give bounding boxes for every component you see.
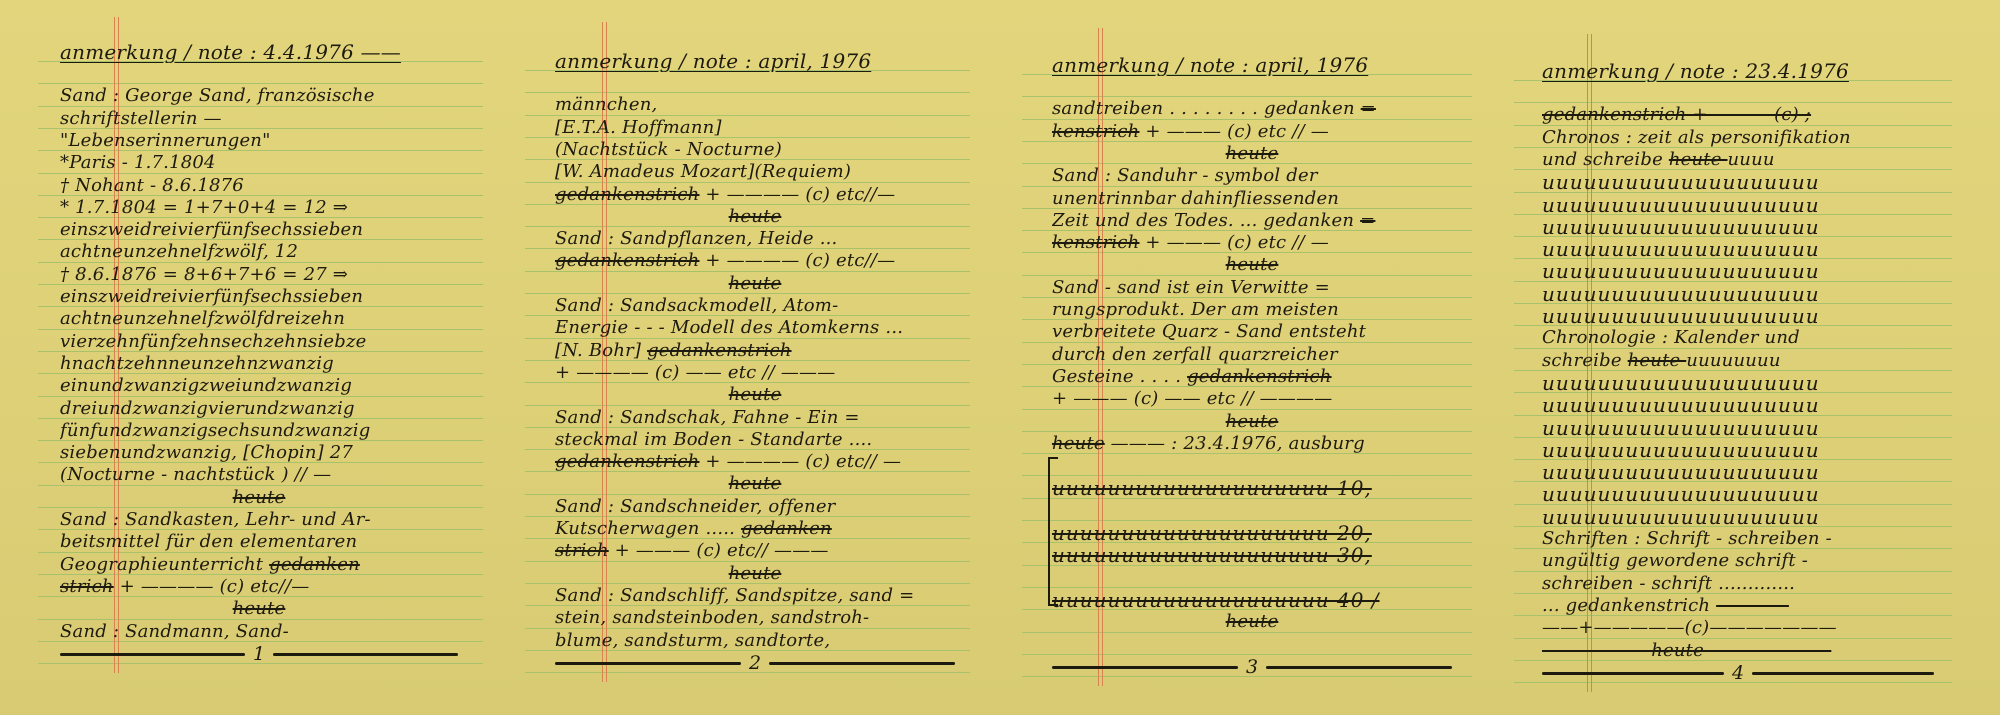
handwritten-line: hnachtzehnneunzehnzwanzig	[60, 353, 458, 375]
handwritten-line: sandtreiben . . . . . . . . gedanken =	[1052, 98, 1452, 120]
handwritten-line	[1052, 76, 1452, 98]
handwritten-line: verbreitete Quarz - Sand entsteht	[1052, 321, 1452, 343]
handwritten-line	[1052, 500, 1452, 522]
handwritten-line: Gesteine . . . . gedankenstrich	[1052, 366, 1452, 388]
handwritten-line: männchen,	[555, 94, 955, 116]
handwritten-line: uuuuuuuuuuuuuuuuuuuu 10,	[1052, 477, 1452, 499]
handwritten-line: Kutscherwagen ..... gedanken	[555, 518, 955, 540]
handwritten-line: uuuuuuuuuuuuuuuuuuuu 30,	[1052, 544, 1452, 566]
handwritten-line: unentrinnbar dahinfliessenden	[1052, 188, 1452, 210]
handwritten-line	[555, 72, 955, 94]
handwritten-line: Sand : Sandschak, Fahne - Ein =	[555, 407, 955, 429]
handwritten-line	[1542, 82, 1934, 104]
page-number: 4	[1542, 662, 1934, 684]
handwritten-line: + ——— (c) —— etc // ————	[1052, 388, 1452, 410]
handwritten-line: heute	[1052, 143, 1452, 165]
page-number: 3	[1052, 656, 1452, 678]
handwritten-line: [E.T.A. Hoffmann]	[555, 117, 955, 139]
handwritten-line: Zeit und des Todes. ... gedanken =	[1052, 210, 1452, 232]
handwritten-line: Geographieunterricht gedanken	[60, 554, 458, 576]
handwritten-line: uuuuuuuuuuuuuuuuuuuu 40 /	[1052, 589, 1452, 611]
handwritten-line: kenstrich + ——— (c) etc // —	[1052, 121, 1452, 143]
notebook-page-4: anmerkung / note : 23.4.1976gedankenstri…	[1514, 0, 1952, 715]
handwritten-line: Chronos : zeit als personifikation	[1542, 127, 1934, 149]
handwritten-line: dreiundzwanzigvierundzwanzig	[60, 398, 458, 420]
handwritten-line: uuuuuuuuuuuuuuuuuuuu	[1542, 194, 1934, 216]
handwritten-line: heute	[1052, 254, 1452, 276]
handwritten-line: vierzehnfünfzehnsechzehnsiebze	[60, 331, 458, 353]
handwritten-line: uuuuuuuuuuuuuuuuuuuu	[1542, 305, 1934, 327]
handwritten-line: einundzwanzigzweiundzwanzig	[60, 375, 458, 397]
handwritten-line: Sand : Sandmann, Sand-	[60, 621, 458, 643]
handwritten-line: uuuuuuuuuuuuuuuuuuuu	[1542, 216, 1934, 238]
handwritten-line: einszweidreivierfünfsechssieben	[60, 219, 458, 241]
handwritten-line: uuuuuuuuuuuuuuuuuuuu	[1542, 394, 1934, 416]
handwritten-line: Sand : Sandkasten, Lehr- und Ar-	[60, 509, 458, 531]
handwritten-line	[1052, 567, 1452, 589]
handwritten-line: Energie - - - Modell des Atomkerns ...	[555, 317, 955, 339]
handwritten-line: uuuuuuuuuuuuuuuuuuuu	[1542, 238, 1934, 260]
tally-bracket	[1048, 457, 1058, 606]
handwritten-line	[1052, 455, 1452, 477]
handwritten-line: achtneunzehnelfzwölf, 12	[60, 241, 458, 263]
handwritten-line: gedankenstrich + ———— (c) etc// —	[555, 451, 955, 473]
page-number: 2	[555, 652, 955, 674]
handwritten-line: † 8.6.1876 = 8+6+7+6 = 27 ⇒	[60, 264, 458, 286]
handwritten-line: Sand : Sandsackmodell, Atom-	[555, 295, 955, 317]
rule-line	[1022, 654, 1472, 655]
handwritten-line: uuuuuuuuuuuuuuuuuuuu	[1542, 372, 1934, 394]
handwritten-line: schreiben - schrift .............	[1542, 573, 1934, 595]
handwritten-line: Chronologie : Kalender und	[1542, 327, 1934, 349]
handwritten-line: * 1.7.1804 = 1+7+0+4 = 12 ⇒	[60, 197, 458, 219]
handwritten-line: uuuuuuuuuuuuuuuuuuuu	[1542, 417, 1934, 439]
handwritten-line: *Paris - 1.7.1804	[60, 152, 458, 174]
artwork-canvas: anmerkung / note : 4.4.1976 ——Sand : Geo…	[0, 0, 2000, 715]
handwritten-line: Sand : Sandpflanzen, Heide ...	[555, 228, 955, 250]
handwritten-line: heute	[555, 473, 955, 495]
handwritten-line: heute	[1052, 611, 1452, 633]
handwritten-line: einszweidreivierfünfsechssieben	[60, 286, 458, 308]
handwritten-line: siebenundzwanzig, [Chopin] 27	[60, 442, 458, 464]
handwritten-line: ——————heute———————	[1542, 640, 1934, 662]
handwritten-line: steckmal im Boden - Standarte ....	[555, 429, 955, 451]
handwritten-line: uuuuuuuuuuuuuuuuuuuu	[1542, 506, 1934, 528]
handwritten-line: heute	[60, 598, 458, 620]
handwritten-line: schreibe heute uuuuuuuu	[1542, 350, 1934, 372]
handwritten-line: [W. Amadeus Mozart](Requiem)	[555, 161, 955, 183]
handwritten-line: blume, sandsturm, sandtorte,	[555, 630, 955, 652]
handwritten-line: ——+—————(c)———————	[1542, 617, 1934, 639]
handwritten-line: heute	[555, 563, 955, 585]
handwritten-line: uuuuuuuuuuuuuuuuuuuu 20,	[1052, 522, 1452, 544]
handwritten-line: Schriften : Schrift - schreiben -	[1542, 528, 1934, 550]
handwritten-line: heute	[555, 273, 955, 295]
page-heading: anmerkung / note : april, 1976	[555, 50, 955, 72]
handwritten-line: (Nachtstück - Nocturne)	[555, 139, 955, 161]
handwritten-line: gedankenstrich + ———— (c) etc//—	[555, 250, 955, 272]
page-number: 1	[60, 643, 458, 665]
handwritten-line: + ———— (c) —— etc // ———	[555, 362, 955, 384]
handwritten-line: stein, sandsteinboden, sandstroh-	[555, 607, 955, 629]
handwritten-line: uuuuuuuuuuuuuuuuuuuu	[1542, 283, 1934, 305]
handwritten-line: heute	[555, 206, 955, 228]
handwritten-line: kenstrich + ——— (c) etc // —	[1052, 232, 1452, 254]
page-heading: anmerkung / note : 23.4.1976	[1542, 60, 1934, 82]
handwritten-line: † Nohant - 8.6.1876	[60, 175, 458, 197]
handwritten-line: uuuuuuuuuuuuuuuuuuuu	[1542, 461, 1934, 483]
handwritten-line: Sand : Sanduhr - symbol der	[1052, 165, 1452, 187]
handwritten-line: strich + ———— (c) etc//—	[60, 576, 458, 598]
handwritten-line: heute ——— : 23.4.1976, ausburg	[1052, 433, 1452, 455]
handwritten-line: strich + ——— (c) etc// ———	[555, 540, 955, 562]
notebook-page-2: anmerkung / note : april, 1976männchen,[…	[525, 0, 970, 715]
handwritten-line: rungsprodukt. Der am meisten	[1052, 299, 1452, 321]
handwritten-line: uuuuuuuuuuuuuuuuuuuu	[1542, 483, 1934, 505]
notebook-page-1: anmerkung / note : 4.4.1976 ——Sand : Geo…	[38, 0, 483, 715]
handwritten-line: beitsmittel für den elementaren	[60, 531, 458, 553]
handwritten-line: Sand : Sandschneider, offener	[555, 496, 955, 518]
handwritten-line: uuuuuuuuuuuuuuuuuuuu	[1542, 260, 1934, 282]
handwritten-line: heute	[555, 384, 955, 406]
handwritten-line: uuuuuuuuuuuuuuuuuuuu	[1542, 439, 1934, 461]
handwritten-line	[60, 63, 458, 85]
handwritten-line: ungültig gewordene schrift -	[1542, 550, 1934, 572]
page-heading: anmerkung / note : april, 1976	[1052, 54, 1452, 76]
handwritten-line: "Lebenserinnerungen"	[60, 130, 458, 152]
handwritten-line: heute	[1052, 411, 1452, 433]
notebook-page-3: anmerkung / note : april, 1976sandtreibe…	[1022, 0, 1472, 715]
handwritten-line: Sand - sand ist ein Verwitte =	[1052, 277, 1452, 299]
handwritten-line: und schreibe heute uuuu	[1542, 149, 1934, 171]
handwritten-line: durch den zerfall quarzreicher	[1052, 344, 1452, 366]
handwritten-line: gedankenstrich + ——— (c) ;	[1542, 104, 1934, 126]
handwritten-line: heute	[60, 487, 458, 509]
handwritten-line: gedankenstrich + ———— (c) etc//—	[555, 184, 955, 206]
handwritten-line: uuuuuuuuuuuuuuuuuuuu	[1542, 171, 1934, 193]
handwritten-line: Sand : Sandschliff, Sandspitze, sand =	[555, 585, 955, 607]
handwritten-line: [N. Bohr] gedankenstrich	[555, 340, 955, 362]
handwritten-line: fünfundzwanzigsechsundzwanzig	[60, 420, 458, 442]
page-heading: anmerkung / note : 4.4.1976 ——	[60, 41, 458, 63]
handwritten-line: Sand : George Sand, französische	[60, 85, 458, 107]
handwritten-line: (Nocturne - nachtstück ) // —	[60, 464, 458, 486]
handwritten-line: ... gedankenstrich ————	[1542, 595, 1934, 617]
handwritten-line: schriftstellerin —	[60, 108, 458, 130]
handwritten-line: achtneunzehnelfzwölfdreizehn	[60, 308, 458, 330]
